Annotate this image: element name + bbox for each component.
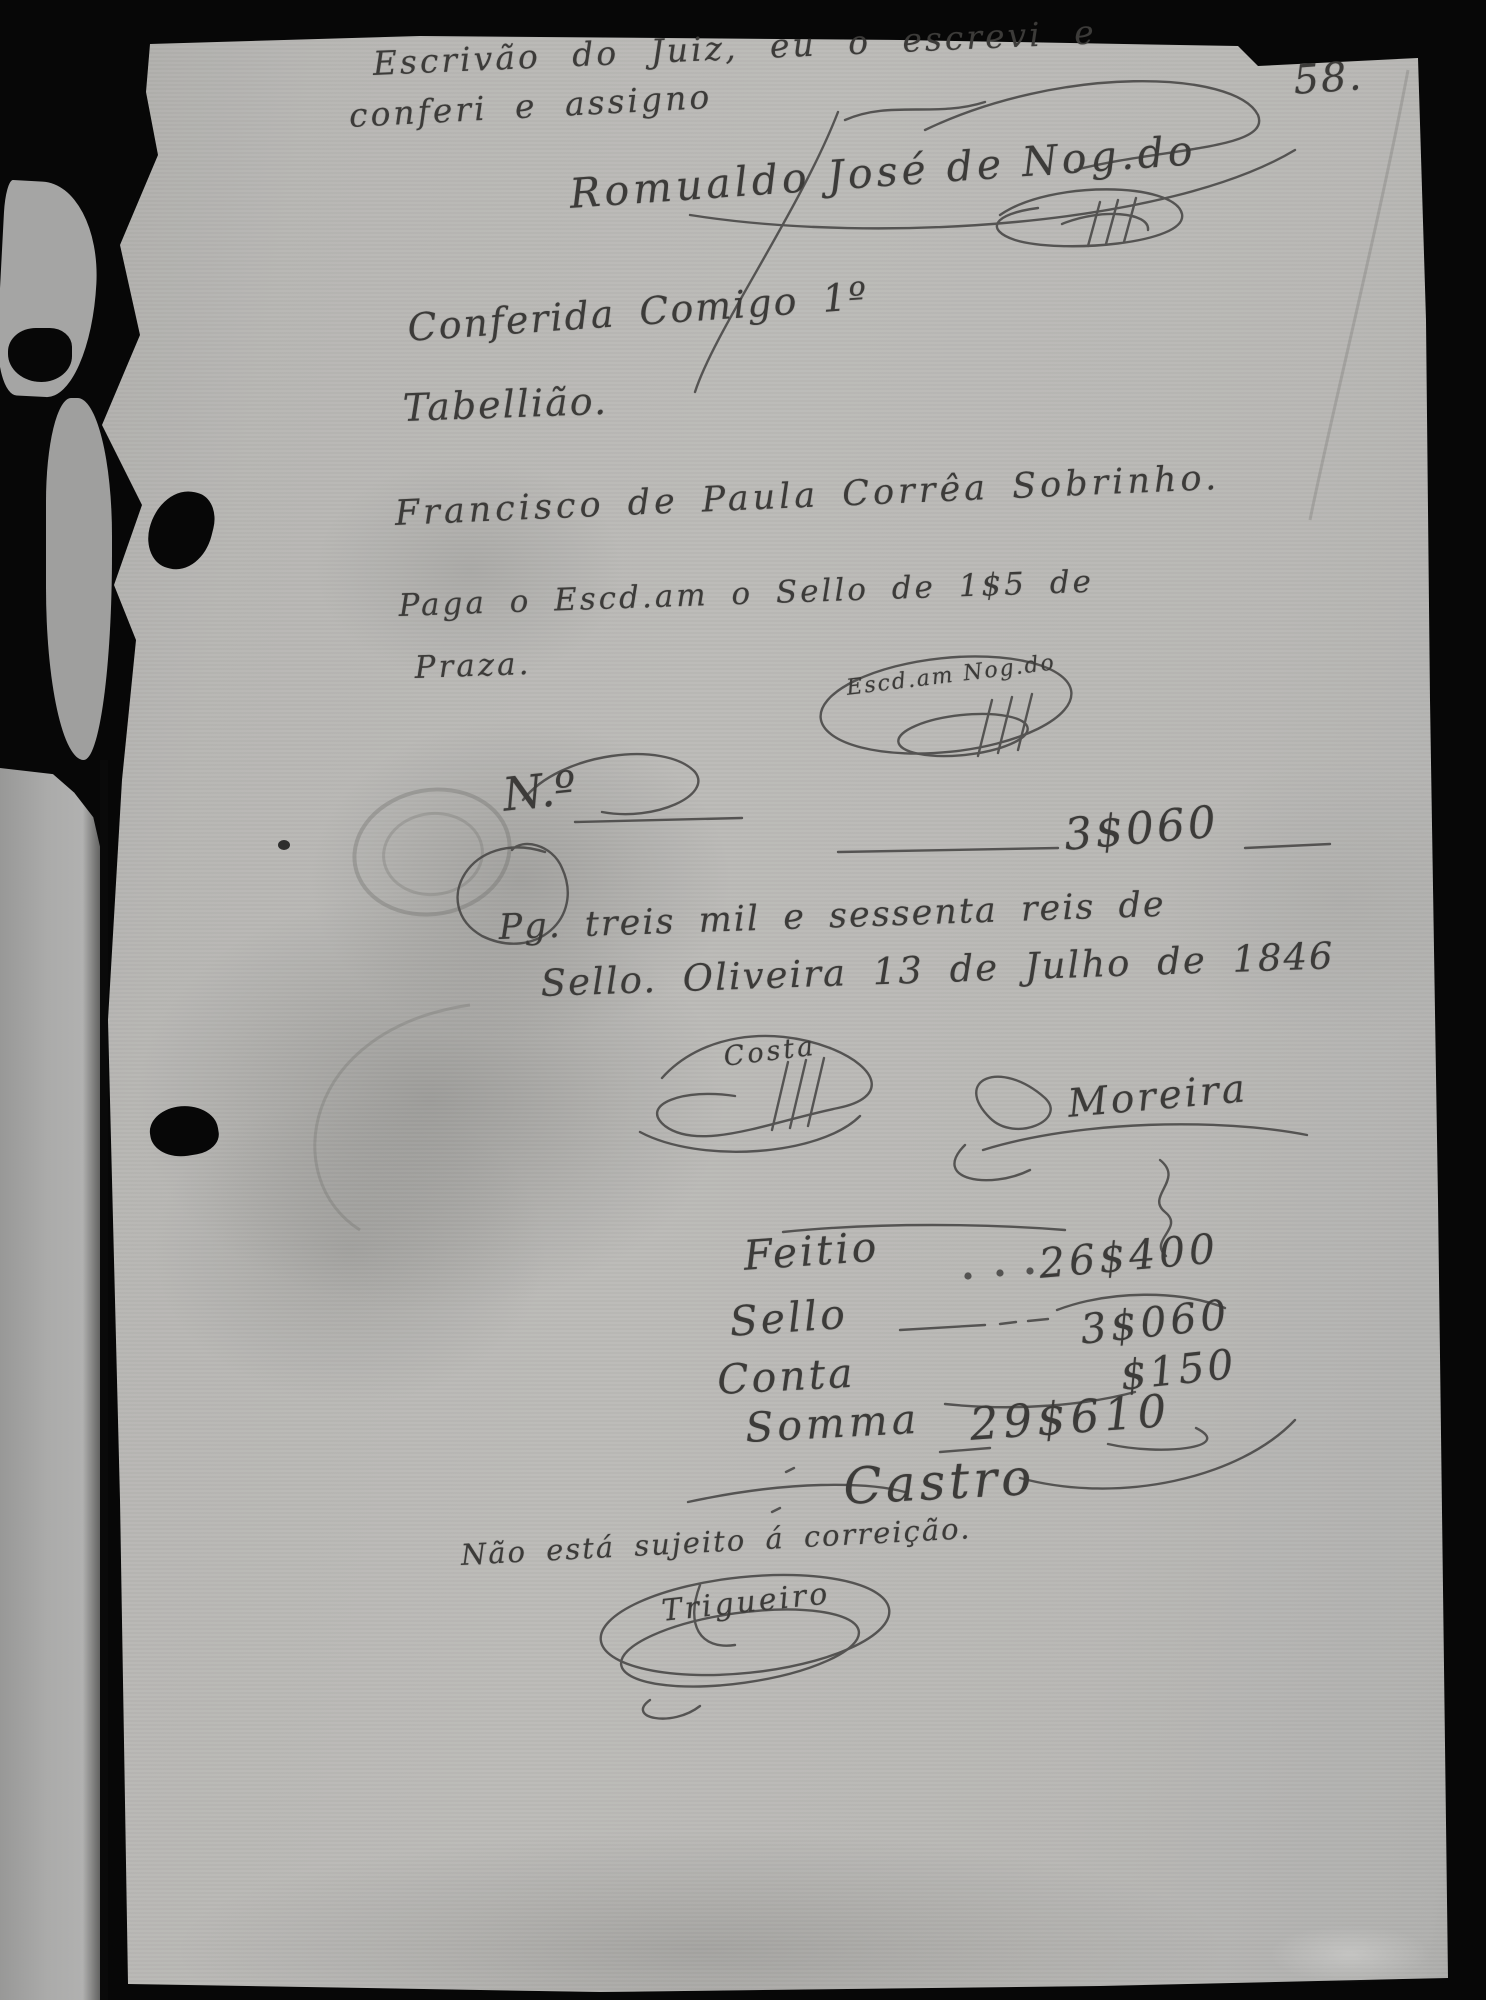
scanned-manuscript-page: 58. Escrivão do Juiz, eu o escrevi e con… [0,0,1486,2000]
numero-label: N.º [500,760,579,821]
header-wave [845,102,985,120]
castro-dots [772,1468,794,1512]
feitio-dot [998,1271,1003,1276]
moreira-flourish [954,1145,1030,1180]
costa-hatch [772,1058,824,1130]
feitio-dot [1028,1269,1033,1274]
value-dash [838,848,1058,852]
trigueiro-tail [643,1700,700,1719]
folio-number: 58. [1292,53,1365,104]
value-dash [1245,844,1330,848]
moreira-flourish [976,1077,1050,1129]
conferida-line-2: Tabellião. [402,379,609,430]
account-label-conta: Conta [716,1349,857,1404]
stain-boundary [315,1005,470,1230]
account-label-feitio: Feitio [742,1223,881,1280]
account-label-sello: Sello [728,1290,849,1346]
feitio-dot [966,1274,971,1279]
crease-line [1310,70,1408,520]
account-label-somma: Somma [744,1395,921,1452]
paga-line-2: Praza. [414,646,532,686]
numero-underline [575,818,742,822]
signature-castro: Castro [842,1448,1037,1516]
costa-flourish [640,1116,860,1152]
romualdo-rubric [1062,214,1148,230]
sello-dashes [900,1319,1048,1330]
trigueiro-oval [596,1562,894,1688]
escrivao-stamp-rubric [896,708,1029,761]
